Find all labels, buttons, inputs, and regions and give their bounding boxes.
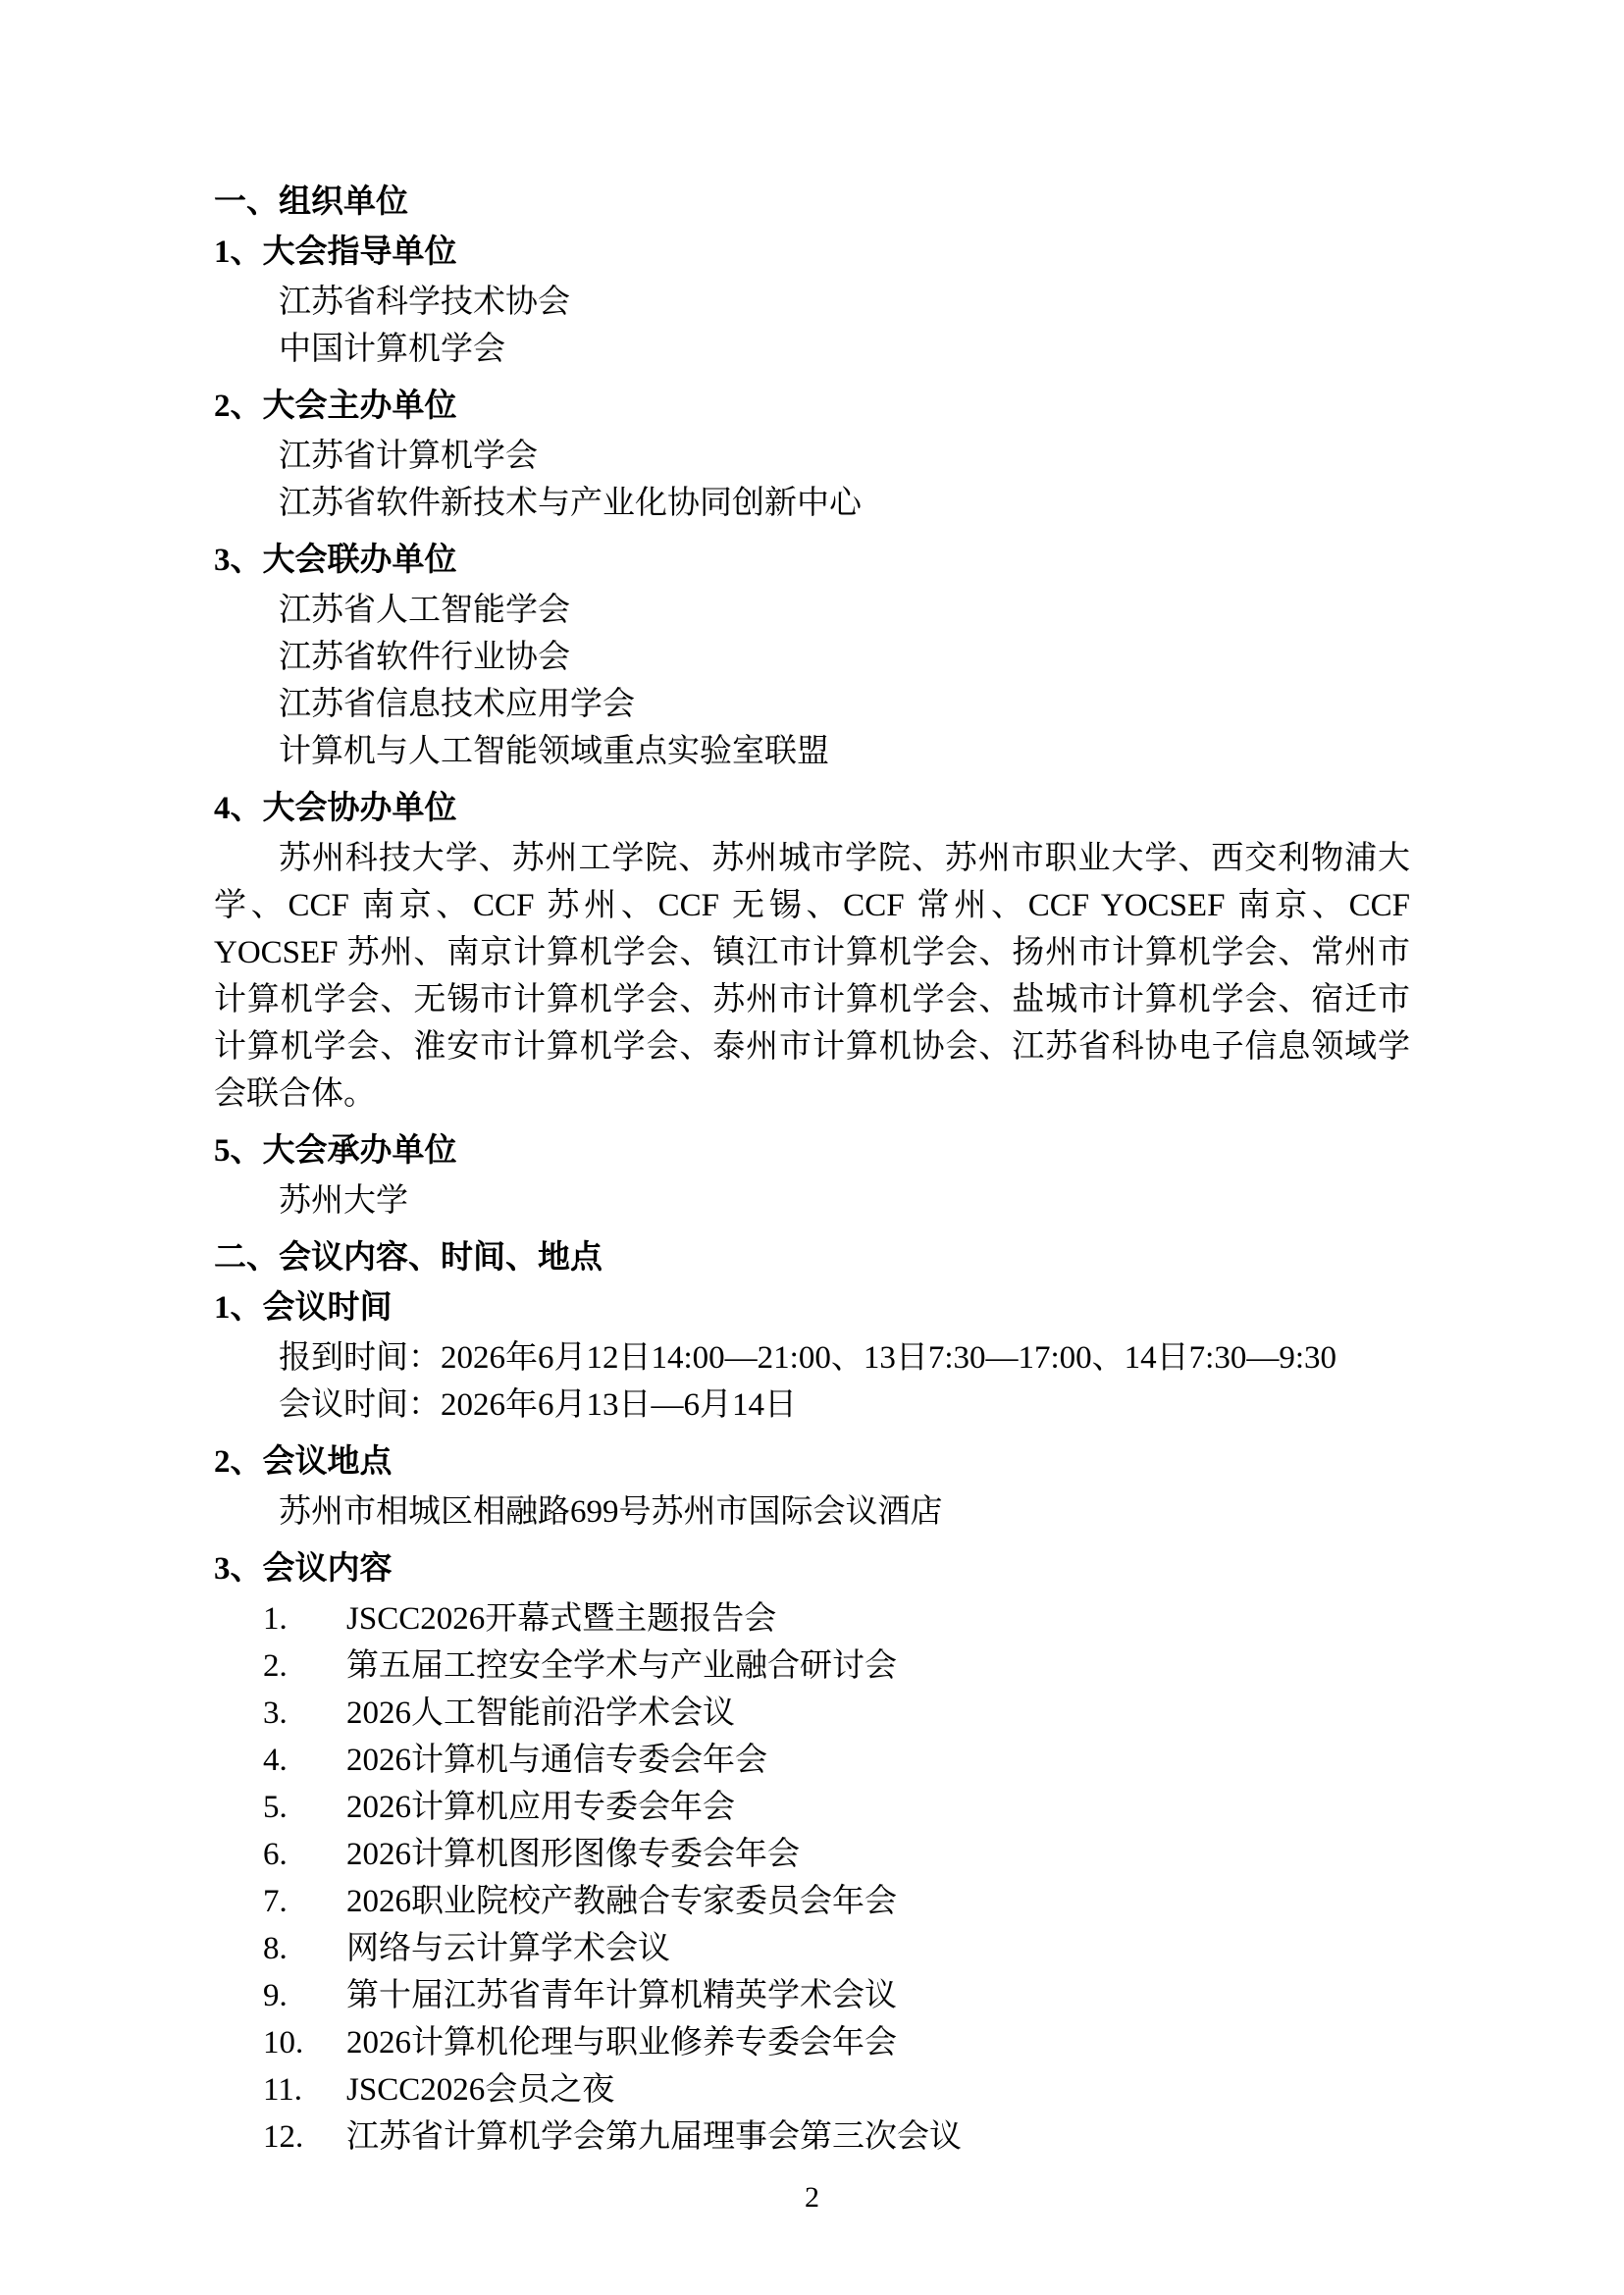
list-item-label: 2026计算机图形图像专委会年会 [346, 1831, 1410, 1878]
list-item-label: 2026计算机应用专委会年会 [346, 1784, 1410, 1831]
list-item-label: 第五届工控安全学术与产业融合研讨会 [346, 1643, 1410, 1690]
subsection-heading-undertaking-unit: 5、大会承办单位 [214, 1127, 1410, 1174]
list-item: 7. 2026职业院校产教融合专家委员会年会 [214, 1878, 1410, 1925]
agenda-list: 1. JSCC2026开幕式暨主题报告会 2. 第五届工控安全学术与产业融合研讨… [214, 1595, 1410, 2161]
list-item-label: 2026计算机伦理与职业修养专委会年会 [346, 2019, 1410, 2066]
list-item: 10. 2026计算机伦理与职业修养专委会年会 [214, 2019, 1410, 2066]
section-heading-organizers: 一、组织单位 [214, 179, 1410, 226]
list-item-number: 8. [263, 1925, 346, 1972]
list-item: 1. JSCC2026开幕式暨主题报告会 [214, 1595, 1410, 1643]
list-item-number: 10. [263, 2019, 346, 2066]
joint-unit-line: 江苏省人工智能学会 [214, 587, 1410, 634]
list-item-number: 4. [263, 1737, 346, 1784]
meeting-time-line: 会议时间：2026年6月13日—6月14日 [214, 1382, 1410, 1429]
list-item-label: JSCC2026开幕式暨主题报告会 [346, 1595, 1410, 1643]
page-footer: 2 [214, 2176, 1410, 2219]
list-item-label: JSCC2026会员之夜 [346, 2066, 1410, 2113]
subsection-heading-host-units: 2、大会主办单位 [214, 383, 1410, 430]
list-item: 9. 第十届江苏省青年计算机精英学术会议 [214, 1972, 1410, 2019]
list-item-number: 1. [263, 1595, 346, 1643]
guidance-unit-line: 江苏省科学技术协会 [214, 279, 1410, 326]
list-item: 8. 网络与云计算学术会议 [214, 1925, 1410, 1972]
list-item: 2. 第五届工控安全学术与产业融合研讨会 [214, 1643, 1410, 1690]
list-item: 5. 2026计算机应用专委会年会 [214, 1784, 1410, 1831]
registration-time-line: 报到时间：2026年6月12日14:00—21:00、13日7:30—17:00… [214, 1334, 1410, 1382]
section-heading-meeting-info: 二、会议内容、时间、地点 [214, 1234, 1410, 1281]
subsection-heading-meeting-content: 3、会议内容 [214, 1545, 1410, 1592]
list-item: 3. 2026人工智能前沿学术会议 [214, 1690, 1410, 1737]
subsection-heading-meeting-location: 2、会议地点 [214, 1438, 1410, 1486]
list-item-number: 11. [263, 2066, 346, 2113]
joint-unit-line: 江苏省信息技术应用学会 [214, 681, 1410, 728]
list-item-label: 2026职业院校产教融合专家委员会年会 [346, 1878, 1410, 1925]
list-item-number: 7. [263, 1878, 346, 1925]
page-number: 2 [805, 2181, 819, 2214]
subsection-heading-co-organizer-units: 4、大会协办单位 [214, 785, 1410, 832]
list-item-number: 5. [263, 1784, 346, 1831]
co-organizers-paragraph: 苏州科技大学、苏州工学院、苏州城市学院、苏州市职业大学、西交利物浦大学、CCF … [214, 835, 1410, 1118]
list-item-number: 3. [263, 1690, 346, 1737]
document-page: 一、组织单位 1、大会指导单位 江苏省科学技术协会 中国计算机学会 2、大会主办… [0, 0, 1624, 2295]
subsection-heading-joint-units: 3、大会联办单位 [214, 537, 1410, 584]
meeting-address-line: 苏州市相城区相融路699号苏州市国际会议酒店 [214, 1488, 1410, 1536]
list-item-label: 2026人工智能前沿学术会议 [346, 1690, 1410, 1737]
joint-unit-line: 计算机与人工智能领域重点实验室联盟 [214, 728, 1410, 775]
list-item: 12. 江苏省计算机学会第九届理事会第三次会议 [214, 2113, 1410, 2161]
guidance-unit-line: 中国计算机学会 [214, 326, 1410, 373]
joint-unit-line: 江苏省软件行业协会 [214, 634, 1410, 681]
list-item: 6. 2026计算机图形图像专委会年会 [214, 1831, 1410, 1878]
list-item: 4. 2026计算机与通信专委会年会 [214, 1737, 1410, 1784]
list-item-label: 江苏省计算机学会第九届理事会第三次会议 [346, 2113, 1410, 2161]
subsection-heading-guidance-units: 1、大会指导单位 [214, 229, 1410, 276]
list-item-label: 2026计算机与通信专委会年会 [346, 1737, 1410, 1784]
list-item-label: 第十届江苏省青年计算机精英学术会议 [346, 1972, 1410, 2019]
list-item-number: 6. [263, 1831, 346, 1878]
list-item-number: 9. [263, 1972, 346, 2019]
list-item-label: 网络与云计算学术会议 [346, 1925, 1410, 1972]
list-item-number: 2. [263, 1643, 346, 1690]
host-unit-line: 江苏省软件新技术与产业化协同创新中心 [214, 480, 1410, 527]
undertaking-unit-line: 苏州大学 [214, 1177, 1410, 1225]
list-item-number: 12. [263, 2113, 346, 2161]
list-item: 11. JSCC2026会员之夜 [214, 2066, 1410, 2113]
subsection-heading-meeting-time: 1、会议时间 [214, 1284, 1410, 1331]
host-unit-line: 江苏省计算机学会 [214, 433, 1410, 480]
